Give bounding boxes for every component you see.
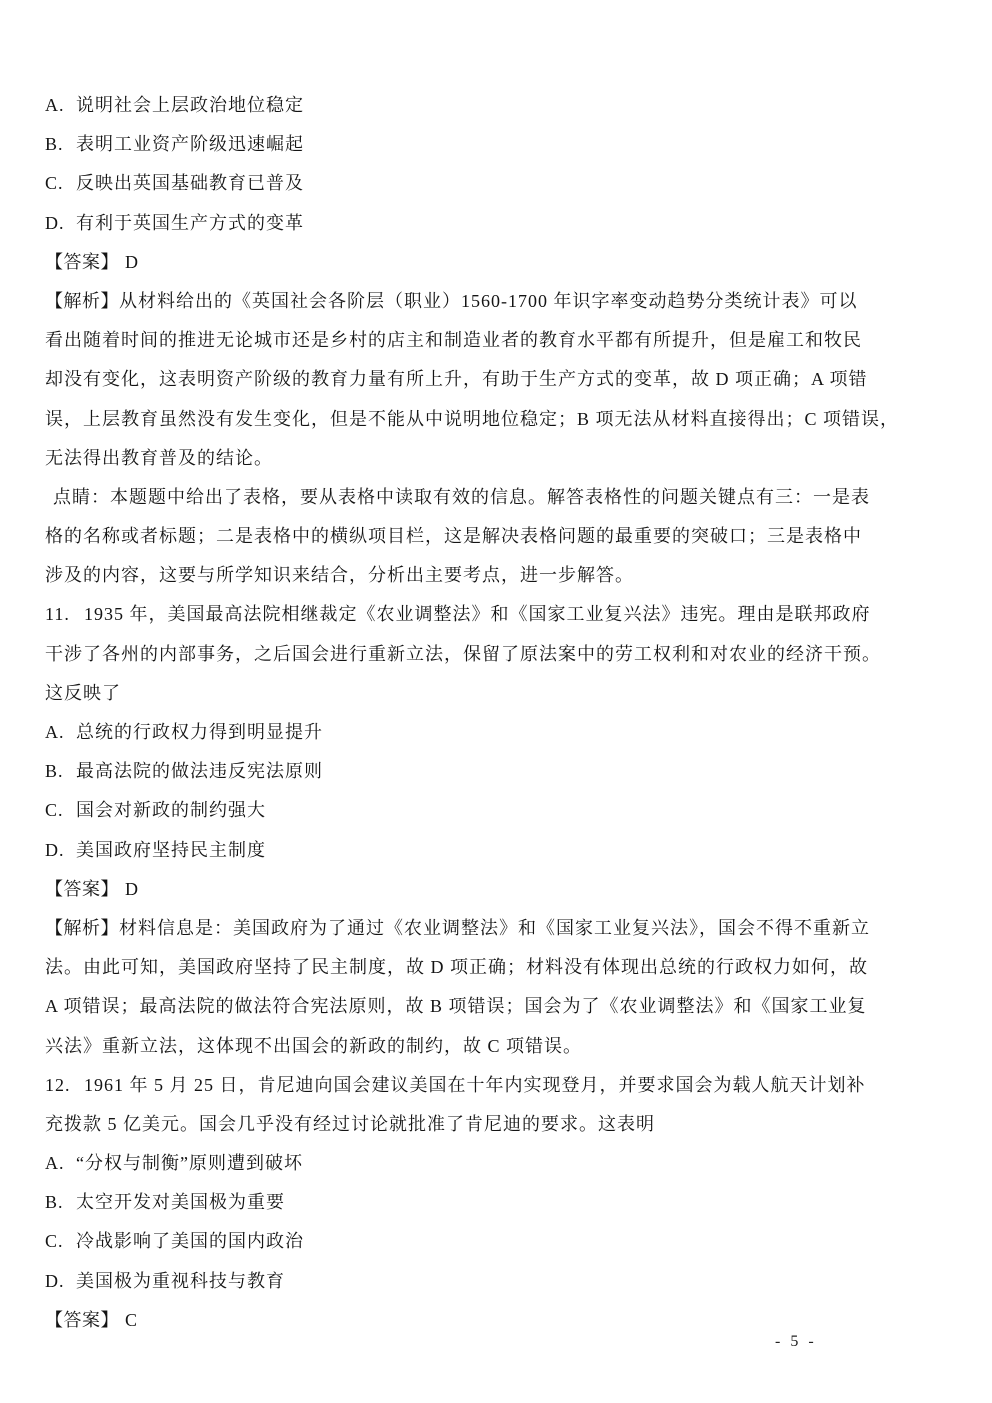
option-letter: B. <box>45 125 76 164</box>
q10-answer-line: 【答案】D <box>45 243 835 282</box>
q11-option-a: A. 总统的行政权力得到明显提升 <box>45 713 835 752</box>
q10-tip-line: 格的名称或者标题；二是表格中的横纵项目栏，这是解决表格问题的最重要的突破口；三是… <box>45 517 835 556</box>
answer-label: 【答案】 <box>45 252 119 272</box>
q11-answer-line: 【答案】D <box>45 870 835 909</box>
q10-tip-line: 涉及的内容，这要与所学知识来结合，分析出主要考点，进一步解答。 <box>45 556 835 595</box>
q11-option-d: D. 美国政府坚持民主制度 <box>45 831 835 870</box>
q12-stem-line: 充拨款 5 亿美元。国会几乎没有经过讨论就批准了肯尼迪的要求。这表明 <box>45 1105 835 1144</box>
q10-option-b: B. 表明工业资产阶级迅速崛起 <box>45 125 835 164</box>
option-letter: A. <box>45 1144 76 1183</box>
option-text: 有利于英国生产方式的变革 <box>76 204 304 243</box>
q11-analysis-line: A 项错误；最高法院的做法符合宪法原则，故 B 项错误；国会为了《农业调整法》和… <box>45 987 835 1026</box>
q10-analysis-line: 【解析】从材料给出的《英国社会各阶层（职业）1560-1700 年识字率变动趋势… <box>45 282 835 321</box>
question-stem-text: 1961 年 5 月 25 日，肯尼迪向国会建议美国在十年内实现登月，并要求国会… <box>84 1066 866 1105</box>
q12-option-d: D. 美国极为重视科技与教育 <box>45 1262 835 1301</box>
q12-option-c: C. 冷战影响了美国的国内政治 <box>45 1222 835 1261</box>
option-text: 美国极为重视科技与教育 <box>76 1262 285 1301</box>
q10-option-c: C. 反映出英国基础教育已普及 <box>45 164 835 203</box>
question-stem-text: 1935 年，美国最高法院相继裁定《农业调整法》和《国家工业复兴法》违宪。理由是… <box>84 595 871 634</box>
q12-option-b: B. 太空开发对美国极为重要 <box>45 1183 835 1222</box>
option-text: 说明社会上层政治地位稳定 <box>76 86 304 125</box>
option-text: 冷战影响了美国的国内政治 <box>76 1222 304 1261</box>
option-text: 美国政府坚持民主制度 <box>76 831 266 870</box>
q11-analysis-line: 【解析】材料信息是：美国政府为了通过《农业调整法》和《国家工业复兴法》，国会不得… <box>45 909 835 948</box>
question-number: 12. <box>45 1066 84 1105</box>
answer-value: D <box>125 252 139 272</box>
answer-label: 【答案】 <box>45 879 119 899</box>
option-letter: D. <box>45 204 76 243</box>
option-letter: C. <box>45 791 76 830</box>
option-text: 太空开发对美国极为重要 <box>76 1183 285 1222</box>
analysis-text: 从材料给出的《英国社会各阶层（职业）1560-1700 年识字率变动趋势分类统计… <box>119 291 858 311</box>
q12-option-a: A. “分权与制衡”原则遭到破坏 <box>45 1144 835 1183</box>
q11-analysis-line: 兴法》重新立法，这体现不出国会的新政的制约，故 C 项错误。 <box>45 1027 835 1066</box>
page-number: - 5 - <box>775 1333 817 1351</box>
option-letter: B. <box>45 752 76 791</box>
question-number: 11. <box>45 595 84 634</box>
q12-answer-line: 【答案】C <box>45 1301 835 1340</box>
answer-value: C <box>125 1310 138 1330</box>
option-letter: A. <box>45 86 76 125</box>
q11-option-c: C. 国会对新政的制约强大 <box>45 791 835 830</box>
option-text: 国会对新政的制约强大 <box>76 791 266 830</box>
answer-label: 【答案】 <box>45 1310 119 1330</box>
analysis-text: 材料信息是：美国政府为了通过《农业调整法》和《国家工业复兴法》，国会不得不重新立 <box>119 918 870 938</box>
answer-value: D <box>125 879 139 899</box>
q12-stem-line: 12. 1961 年 5 月 25 日，肯尼迪向国会建议美国在十年内实现登月，并… <box>45 1066 835 1105</box>
option-letter: C. <box>45 1222 76 1261</box>
q10-analysis-line: 看出随着时间的推进无论城市还是乡村的店主和制造业者的教育水平都有所提升，但是雇工… <box>45 321 835 360</box>
q11-stem-line: 11. 1935 年，美国最高法院相继裁定《农业调整法》和《国家工业复兴法》违宪… <box>45 595 835 634</box>
q10-tip-line: 点睛：本题题中给出了表格，要从表格中读取有效的信息。解答表格性的问题关键点有三：… <box>45 478 835 517</box>
page-content: A. 说明社会上层政治地位稳定 B. 表明工业资产阶级迅速崛起 C. 反映出英国… <box>45 86 835 1340</box>
q11-stem-line: 这反映了 <box>45 674 835 713</box>
q10-analysis-line: 却没有变化，这表明资产阶级的教育力量有所上升，有助于生产方式的变革，故 D 项正… <box>45 360 835 399</box>
option-text: 反映出英国基础教育已普及 <box>76 164 304 203</box>
option-text: 表明工业资产阶级迅速崛起 <box>76 125 304 164</box>
q11-option-b: B. 最高法院的做法违反宪法原则 <box>45 752 835 791</box>
q10-option-a: A. 说明社会上层政治地位稳定 <box>45 86 835 125</box>
option-letter: C. <box>45 164 76 203</box>
q11-stem-line: 干涉了各州的内部事务，之后国会进行重新立法，保留了原法案中的劳工权利和对农业的经… <box>45 635 835 674</box>
document-page: A. 说明社会上层政治地位稳定 B. 表明工业资产阶级迅速崛起 C. 反映出英国… <box>0 0 992 1403</box>
option-text: 总统的行政权力得到明显提升 <box>76 713 323 752</box>
q10-analysis-line: 误，上层教育虽然没有发生变化，但是不能从中说明地位稳定；B 项无法从材料直接得出… <box>45 400 835 439</box>
q10-option-d: D. 有利于英国生产方式的变革 <box>45 204 835 243</box>
analysis-label: 【解析】 <box>45 291 119 311</box>
option-text: 最高法院的做法违反宪法原则 <box>76 752 323 791</box>
option-letter: D. <box>45 1262 76 1301</box>
option-text: “分权与制衡”原则遭到破坏 <box>76 1144 303 1183</box>
q10-analysis-line: 无法得出教育普及的结论。 <box>45 439 835 478</box>
analysis-label: 【解析】 <box>45 918 119 938</box>
option-letter: D. <box>45 831 76 870</box>
q11-analysis-line: 法。由此可知，美国政府坚持了民主制度，故 D 项正确；材料没有体现出总统的行政权… <box>45 948 835 987</box>
option-letter: B. <box>45 1183 76 1222</box>
option-letter: A. <box>45 713 76 752</box>
